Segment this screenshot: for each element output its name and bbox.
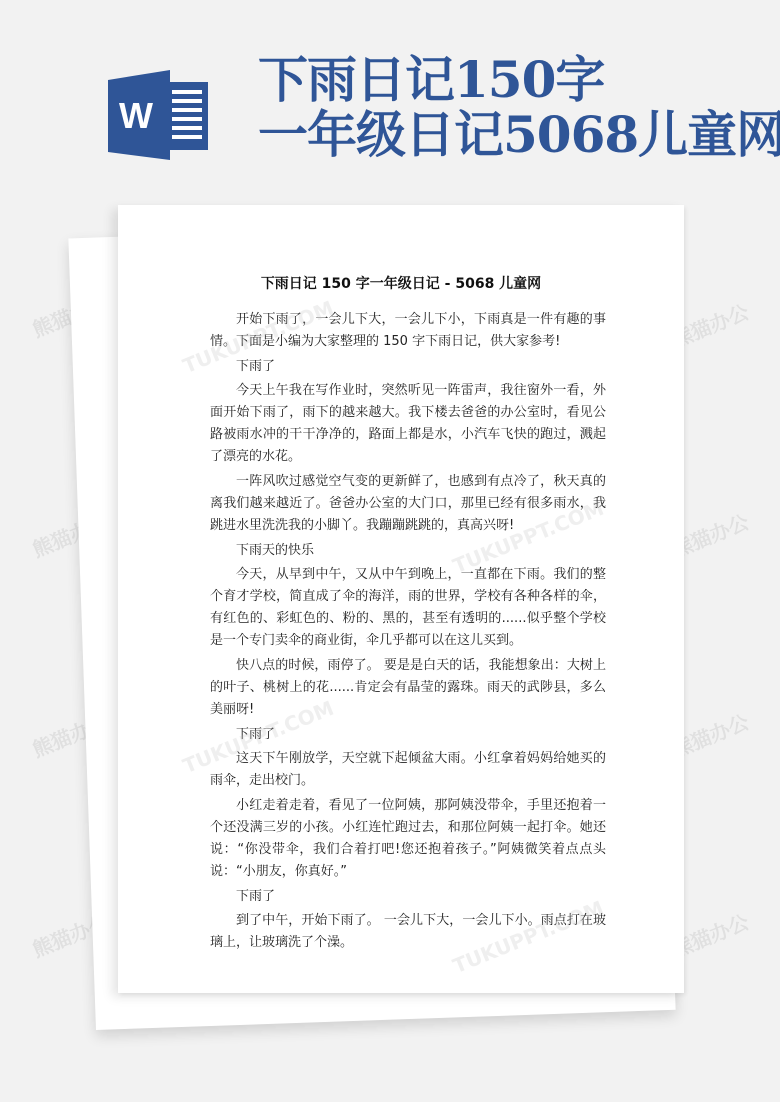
banner: W 下雨日记150字 一年级日记5068儿童网 <box>0 0 780 190</box>
paragraph: 一阵风吹过感觉空气变的更新鲜了，也感到有点冷了，秋天真的离我们越来越近了。爸爸办… <box>210 471 606 537</box>
section-heading: 下雨了 <box>210 886 606 908</box>
paragraph: 快八点的时候，雨停了。 要是是白天的话，我能想象出：大树上的叶子、桃树上的花..… <box>210 655 606 721</box>
paragraph: 开始下雨了，一会儿下大，一会儿下小，下雨真是一件有趣的事情。下面是小编为大家整理… <box>210 309 606 353</box>
paragraph: 到了中午，开始下雨了。 一会儿下大，一会儿下小。雨点打在玻璃上，让玻璃洗了个澡。 <box>210 910 606 954</box>
section-heading: 下雨了 <box>210 356 606 378</box>
section-heading: 下雨了 <box>210 724 606 746</box>
paragraph: 今天上午我在写作业时，突然听见一阵雷声，我往窗外一看，外面开始下雨了，雨下的越来… <box>210 380 606 468</box>
banner-title-line1: 下雨日记150字 <box>258 52 780 107</box>
svg-text:W: W <box>119 95 153 136</box>
banner-title: 下雨日记150字 一年级日记5068儿童网 <box>258 52 780 162</box>
banner-title-line2: 一年级日记5068儿童网 <box>258 107 780 162</box>
document-title: 下雨日记 150 字一年级日记 - 5068 儿童网 <box>118 273 684 293</box>
paragraph: 这天下午刚放学，天空就下起倾盆大雨。小红拿着妈妈给她买的雨伞，走出校门。 <box>210 748 606 792</box>
word-document-icon: W <box>108 68 210 162</box>
document-page: 下雨日记 150 字一年级日记 - 5068 儿童网 开始下雨了，一会儿下大，一… <box>118 205 684 993</box>
document-body: 开始下雨了，一会儿下大，一会儿下小，下雨真是一件有趣的事情。下面是小编为大家整理… <box>210 309 606 957</box>
paragraph: 今天，从早到中午，又从中午到晚上，一直都在下雨。我们的整个育才学校，简直成了伞的… <box>210 564 606 652</box>
section-heading: 下雨天的快乐 <box>210 540 606 562</box>
paragraph: 小红走着走着，看见了一位阿姨，那阿姨没带伞，手里还抱着一个还没满三岁的小孩。小红… <box>210 795 606 883</box>
